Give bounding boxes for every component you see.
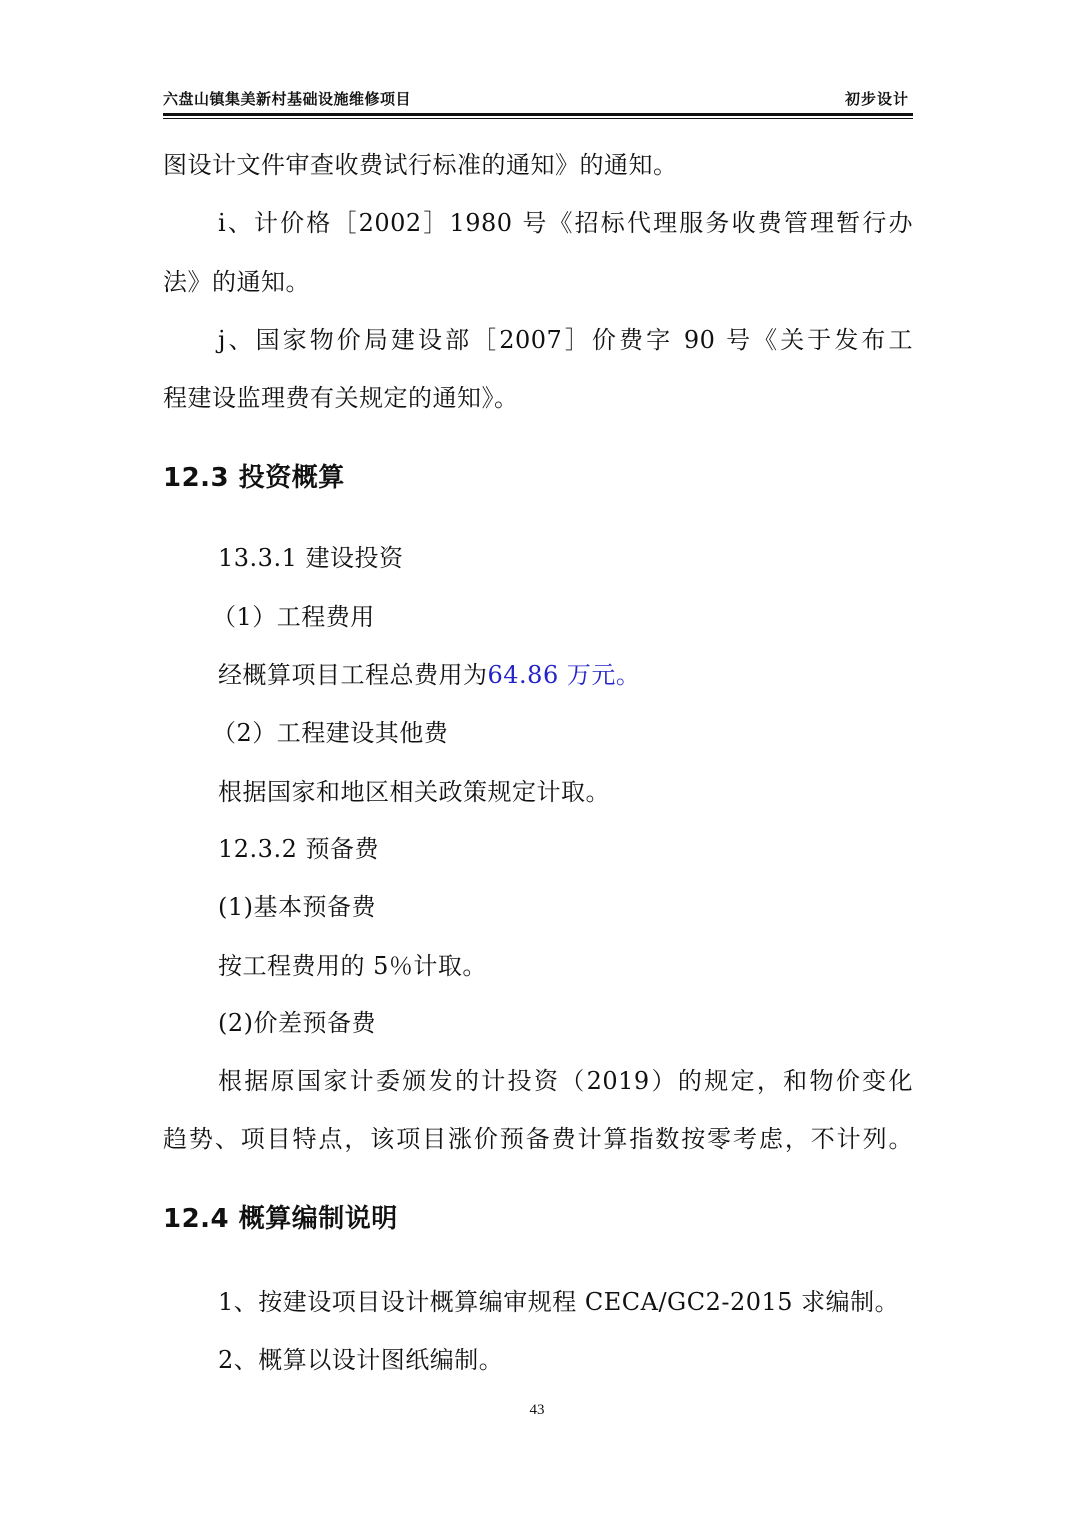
item-label: （1）工程费用 <box>212 602 375 632</box>
paragraph-line: 按工程费用的 5％计取。 <box>218 951 487 981</box>
subsection-heading: 12.3.2 预备费 <box>218 834 379 864</box>
cost-statement-prefix: 经概算项目工程总费用为 <box>218 661 488 689</box>
item-label: （2）工程建设其他费 <box>212 718 448 748</box>
list-item: 1、按建设项目设计概算编审规程 CECA/GC2-2015 求编制。 <box>218 1287 899 1317</box>
item-label: (1)基本预备费 <box>218 892 376 922</box>
page-header: 六盘山镇集美新村基础设施维修项目 初步设计 <box>163 88 913 108</box>
cost-amount: 64.86 万元。 <box>488 661 641 689</box>
paragraph-line: 图设计文件审查收费试行标准的通知》的通知。 <box>163 150 678 180</box>
paragraph-line: 根据国家和地区相关政策规定计取。 <box>218 777 610 807</box>
header-rule-thin <box>163 118 913 119</box>
list-item: 2、概算以设计图纸编制。 <box>218 1345 503 1375</box>
paragraph-line: 法》的通知。 <box>163 267 310 297</box>
subsection-heading: 13.3.1 建设投资 <box>218 543 403 573</box>
paragraph-line: j、国家物价局建设部［2007］价费字 90 号《关于发布工 <box>218 325 913 355</box>
cost-statement: 经概算项目工程总费用为64.86 万元。 <box>218 660 640 690</box>
header-project-title: 六盘山镇集美新村基础设施维修项目 <box>163 88 411 109</box>
paragraph-line: 根据原国家计委颁发的计投资（2019）的规定，和物价变化 <box>218 1066 913 1096</box>
section-heading-12-3: 12.3 投资概算 <box>163 463 345 493</box>
item-label: (2)价差预备费 <box>218 1008 376 1038</box>
paragraph-line: i、计价格［2002］1980 号《招标代理服务收费管理暂行办 <box>218 208 913 238</box>
paragraph-line: 程建设监理费有关规定的通知》。 <box>163 383 519 413</box>
header-section-label: 初步设计 <box>845 88 909 109</box>
section-heading-12-4: 12.4 概算编制说明 <box>163 1204 398 1234</box>
header-rule-thick <box>163 113 913 116</box>
page-number: 43 <box>0 1402 1074 1419</box>
paragraph-line: 趋势、项目特点，该项目涨价预备费计算指数按零考虑，不计列。 <box>163 1124 913 1154</box>
